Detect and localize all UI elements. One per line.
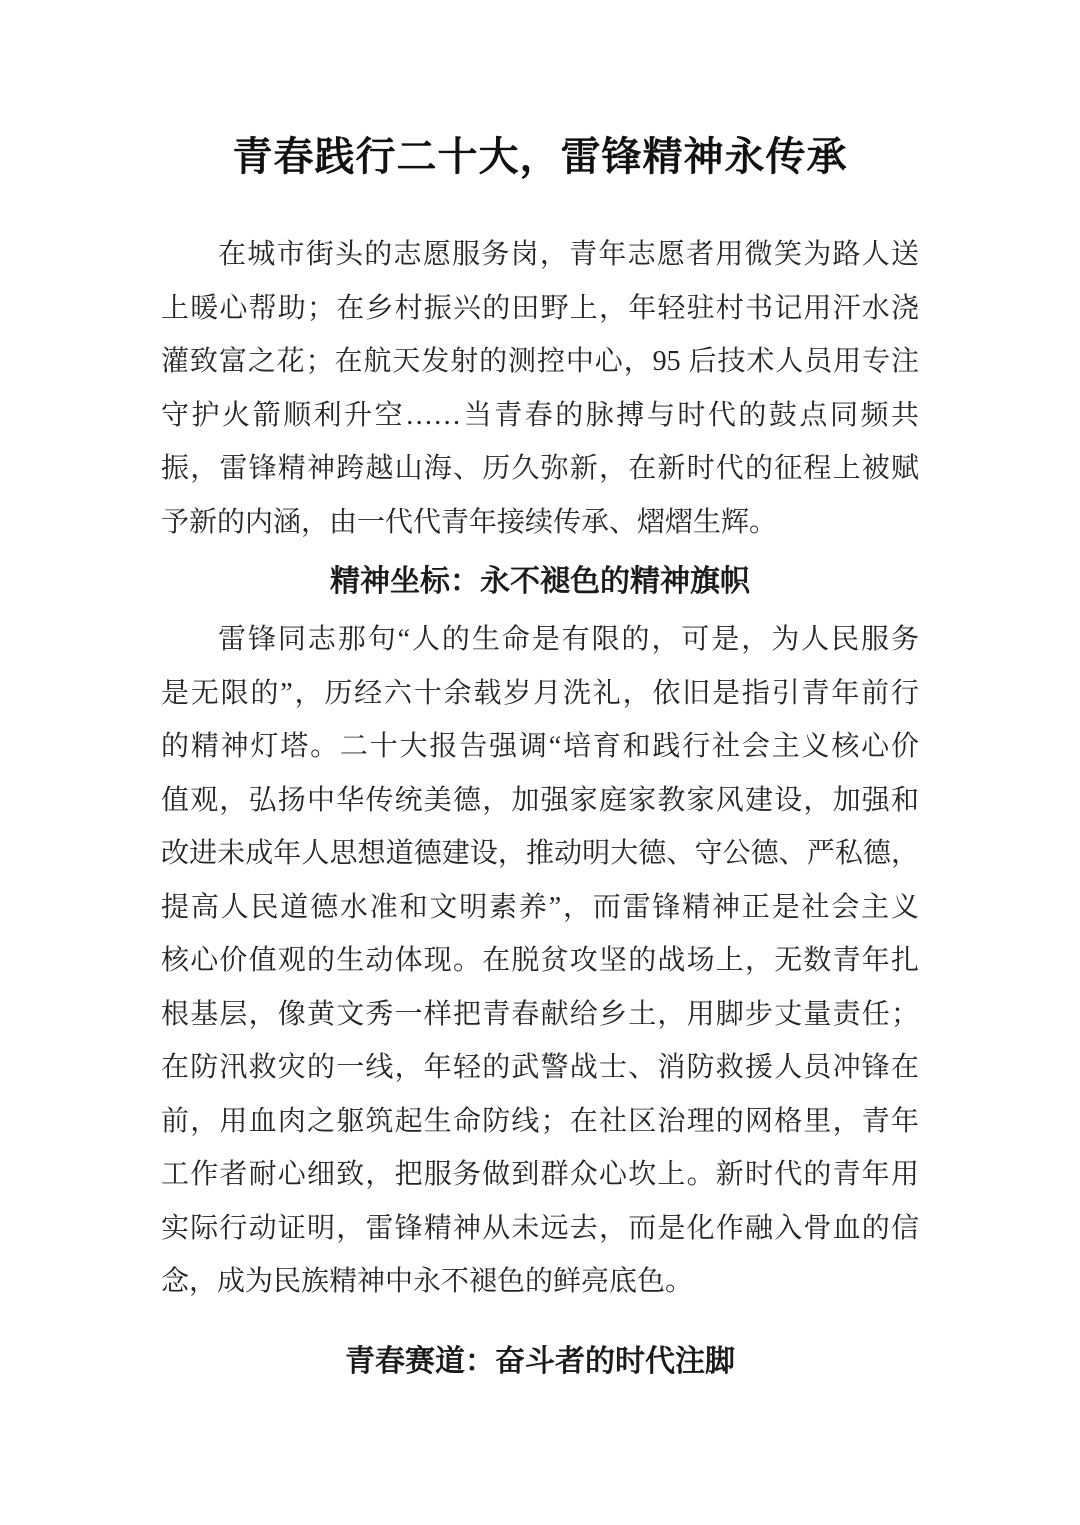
text-line: 在防汛救灾的一线，年轻的武警战士、消防救援人员冲锋在 bbox=[161, 1041, 919, 1095]
text-line: 雷锋同志那句“人的生命是有限的，可是，为人民服务 bbox=[161, 613, 919, 667]
text-line: 上暖心帮助；在乡村振兴的田野上，年轻驻村书记用汗水浇 bbox=[161, 282, 919, 336]
text-line: 根基层，像黄文秀一样把青春献给乡土，用脚步丈量责任； bbox=[161, 988, 919, 1042]
document-page: 青春践行二十大，雷锋精神永传承 在城市街头的志愿服务岗，青年志愿者用微笑为路人送… bbox=[0, 0, 1080, 1525]
text-line: 的精神灯塔。二十大报告强调“培育和践行社会主义核心价 bbox=[161, 720, 919, 774]
text-line: 念，成为民族精神中永不褪色的鲜亮底色。 bbox=[161, 1255, 919, 1309]
section-heading-spirit: 精神坐标：永不褪色的精神旗帜 bbox=[161, 558, 919, 606]
section-heading-youth: 青春赛道：奋斗者的时代注脚 bbox=[161, 1338, 919, 1386]
text-line: 是无限的”，历经六十余载岁月洗礼，依旧是指引青年前行 bbox=[161, 667, 919, 721]
text-line: 守护火箭顺利升空……当青春的脉搏与时代的鼓点同频共 bbox=[161, 389, 919, 443]
text-line: 核心价值观的生动体现。在脱贫攻坚的战场上，无数青年扎 bbox=[161, 934, 919, 988]
text-line: 工作者耐心细致，把服务做到群众心坎上。新时代的青年用 bbox=[161, 1148, 919, 1202]
intro-paragraph: 在城市街头的志愿服务岗，青年志愿者用微笑为路人送上暖心帮助；在乡村振兴的田野上，… bbox=[161, 228, 919, 549]
text-line: 实际行动证明，雷锋精神从未远去，而是化作融入骨血的信 bbox=[161, 1202, 919, 1256]
text-line: 予新的内涵，由一代代青年接续传承、熠熠生辉。 bbox=[161, 496, 919, 550]
text-line: 改进未成年人思想道德建设，推动明大德、守公德、严私德， bbox=[161, 827, 919, 881]
article-content: 青春践行二十大，雷锋精神永传承 在城市街头的志愿服务岗，青年志愿者用微笑为路人送… bbox=[161, 0, 919, 1386]
text-line: 值观，弘扬中华传统美德，加强家庭家教家风建设，加强和 bbox=[161, 774, 919, 828]
text-line: 振，雷锋精神跨越山海、历久弥新，在新时代的征程上被赋 bbox=[161, 442, 919, 496]
text-line: 在城市街头的志愿服务岗，青年志愿者用微笑为路人送 bbox=[161, 228, 919, 282]
text-line: 灌致富之花；在航天发射的测控中心，95 后技术人员用专注 bbox=[161, 335, 919, 389]
section1-paragraph: 雷锋同志那句“人的生命是有限的，可是，为人民服务是无限的”，历经六十余载岁月洗礼… bbox=[161, 613, 919, 1309]
text-line: 提高人民道德水准和文明素养”，而雷锋精神正是社会主义 bbox=[161, 881, 919, 935]
article-title: 青春践行二十大，雷锋精神永传承 bbox=[161, 0, 919, 186]
text-line: 前，用血肉之躯筑起生命防线；在社区治理的网格里，青年 bbox=[161, 1095, 919, 1149]
